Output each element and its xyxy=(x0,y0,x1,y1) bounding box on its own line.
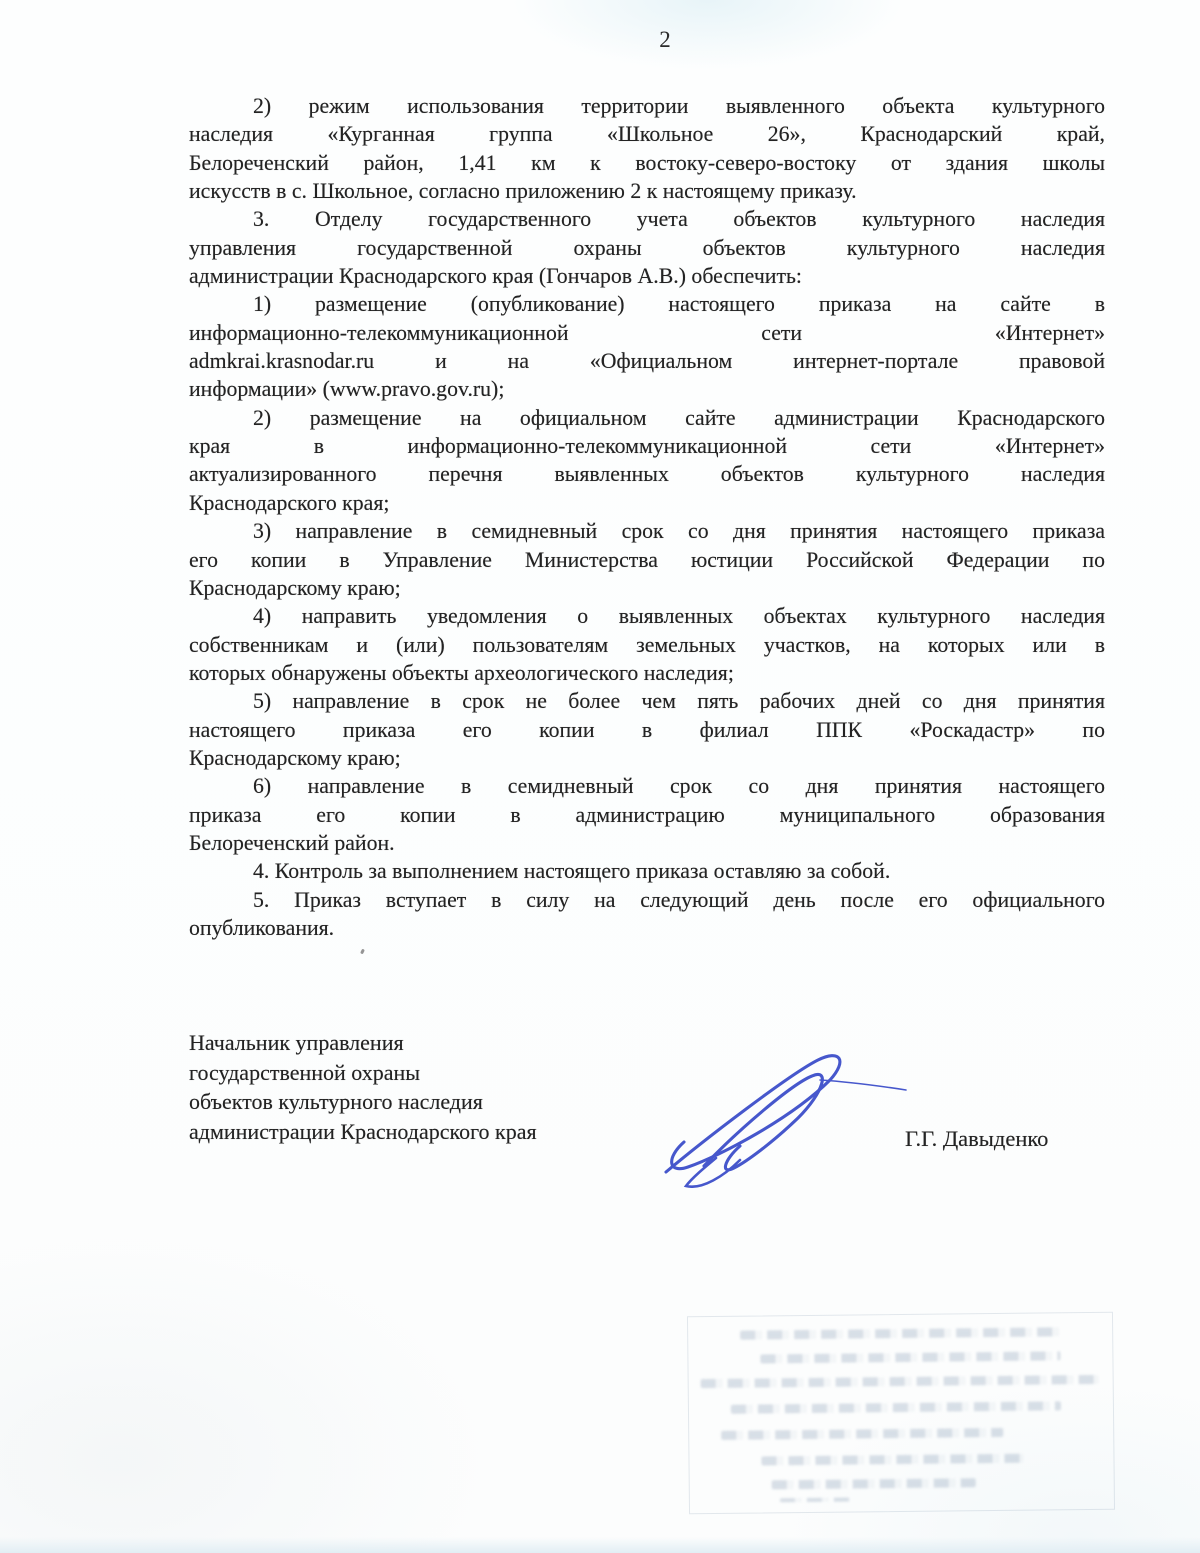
text-line: Краснодарскому краю; xyxy=(189,574,1105,602)
text-line: Краснодарскому краю; xyxy=(189,744,1105,772)
text-line: края в информационно-телекоммуникационно… xyxy=(189,432,1105,460)
signature-stroke xyxy=(704,1074,822,1169)
signer-name: Г.Г. Давыденко xyxy=(905,1126,1048,1152)
bleed-through-line xyxy=(721,1428,1003,1440)
signoff-title-line: Начальник управления xyxy=(189,1028,709,1058)
text-line: управления государственной охраны объект… xyxy=(189,234,1105,262)
text-line: наследия «Курганная группа «Школьное 26»… xyxy=(189,120,1105,148)
signoff-title-line: администрации Краснодарского края xyxy=(189,1117,709,1147)
paragraph: 4) направить уведомления о выявленных об… xyxy=(189,602,1105,687)
paragraph: 3. Отделу государственного учета объекто… xyxy=(189,205,1105,290)
text-line: 5) направление в срок не более чем пять … xyxy=(189,687,1105,715)
document-body: 2) режим использования территории выявле… xyxy=(189,92,1105,942)
text-line: настоящего приказа его копии в филиал ПП… xyxy=(189,716,1105,744)
text-line: Белореченский район. xyxy=(189,829,1105,857)
paragraph: 1) размещение (опубликование) настоящего… xyxy=(189,290,1105,403)
text-line: 5. Приказ вступает в силу на следующий д… xyxy=(189,886,1105,914)
signoff-title-block: Начальник управления государственной охр… xyxy=(189,1028,709,1146)
text-line: 4) направить уведомления о выявленных об… xyxy=(189,602,1105,630)
page-bottom-shadow xyxy=(0,1537,1200,1553)
text-line: искусств в с. Школьное, согласно приложе… xyxy=(189,177,1105,205)
bleed-through-line xyxy=(780,1498,850,1503)
paragraph: 2) режим использования территории выявле… xyxy=(189,92,1105,205)
bleed-through-line xyxy=(731,1401,1061,1413)
text-line: 3. Отделу государственного учета объекто… xyxy=(189,205,1105,233)
scan-speck xyxy=(360,949,365,955)
bleed-through-line xyxy=(772,1478,976,1489)
text-line: его копии в Управление Министерства юсти… xyxy=(189,546,1105,574)
signature-stroke xyxy=(820,1080,906,1090)
signoff-title-line: государственной охраны xyxy=(189,1058,709,1088)
bleed-through-line xyxy=(701,1375,1099,1388)
paragraph: 5. Приказ вступает в силу на следующий д… xyxy=(189,886,1105,943)
text-line: 1) размещение (опубликование) настоящего… xyxy=(189,290,1105,318)
text-line: admkrai.krasnodar.ru и на «Официальном и… xyxy=(189,347,1105,375)
paragraph: 4. Контроль за выполнением настоящего пр… xyxy=(189,857,1105,885)
signature xyxy=(640,1040,910,1188)
text-line: собственникам и (или) пользователям земе… xyxy=(189,631,1105,659)
bleed-through-line xyxy=(760,1351,1060,1363)
text-line: 4. Контроль за выполнением настоящего пр… xyxy=(189,857,1105,885)
signoff-title-line: объектов культурного наследия xyxy=(189,1087,709,1117)
text-line: которых обнаружены объекты археологическ… xyxy=(189,659,1105,687)
page-number: 2 xyxy=(645,27,685,53)
text-line: 2) размещение на официальном сайте админ… xyxy=(189,404,1105,432)
text-line: приказа его копии в администрацию муници… xyxy=(189,801,1105,829)
paragraph: 2) размещение на официальном сайте админ… xyxy=(189,404,1105,517)
text-line: 3) направление в семидневный срок со дня… xyxy=(189,517,1105,545)
text-line: администрации Краснодарского края (Гонча… xyxy=(189,262,1105,290)
text-line: Белореченский район, 1,41 км к востоку-с… xyxy=(189,149,1105,177)
scanned-document-page: 2 2) режим использования территории выяв… xyxy=(0,0,1200,1553)
signature-stroke xyxy=(686,1158,740,1187)
paragraph: 6) направление в семидневный срок со дня… xyxy=(189,772,1105,857)
text-line: информации» (www.pravo.gov.ru); xyxy=(189,375,1105,403)
text-line: 6) направление в семидневный срок со дня… xyxy=(189,772,1105,800)
text-line: актуализированного перечня выявленных об… xyxy=(189,460,1105,488)
bleed-through-line xyxy=(740,1327,1060,1339)
bleed-through-stamp xyxy=(687,1312,1115,1514)
paragraph: 3) направление в семидневный срок со дня… xyxy=(189,517,1105,602)
text-line: информационно-телекоммуникационной сети … xyxy=(189,319,1105,347)
bleed-through-line xyxy=(761,1454,1023,1466)
text-line: Краснодарского края; xyxy=(189,489,1105,517)
text-line: опубликования. xyxy=(189,914,1105,942)
text-line: 2) режим использования территории выявле… xyxy=(189,92,1105,120)
paragraph: 5) направление в срок не более чем пять … xyxy=(189,687,1105,772)
